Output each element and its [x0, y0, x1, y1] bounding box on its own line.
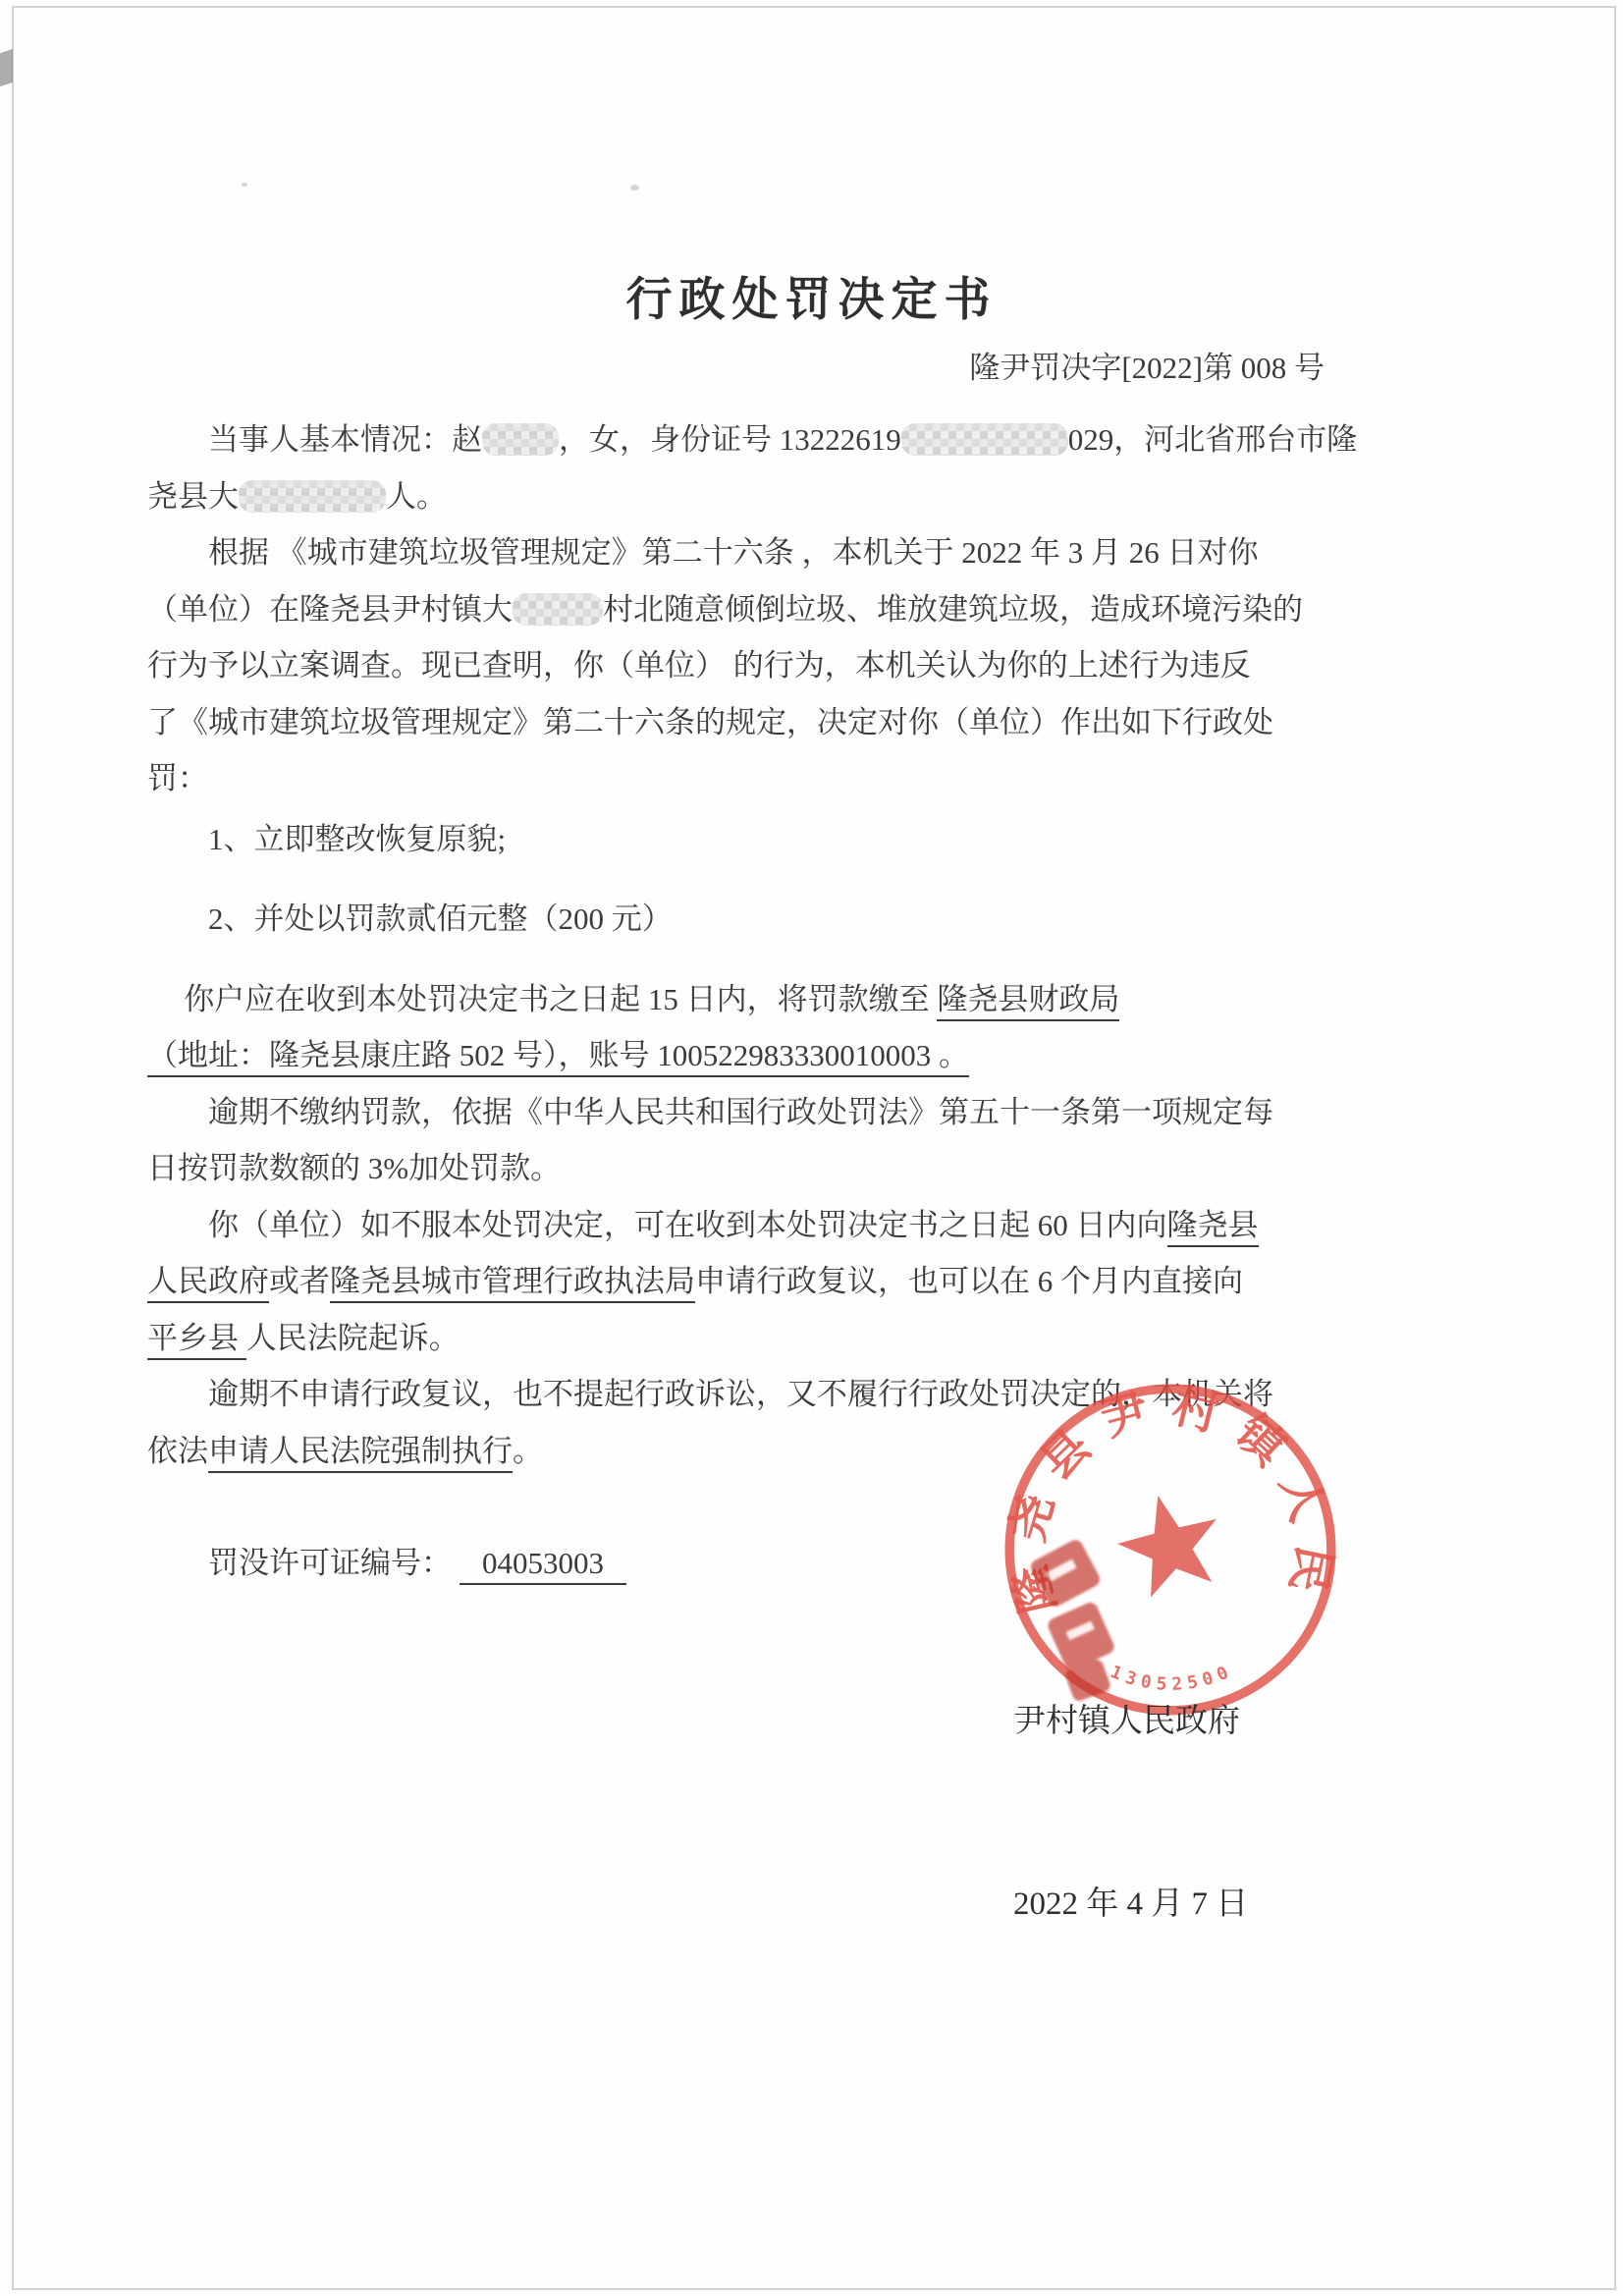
- scanned-document-page: 行政处罚决定书 隆尹罚决字[2022]第 008 号 当事人基本情况：赵，女，身…: [0, 0, 1623, 2296]
- text-run: 或者: [269, 1264, 330, 1298]
- scan-speck: [242, 183, 247, 187]
- facts-line-3: 行为予以立案调查。现已查明，你（单位） 的行为，本机关认为你的上述行为违反: [147, 634, 1497, 691]
- text-run: 罚：: [147, 761, 208, 795]
- redaction-blur: [513, 593, 603, 626]
- text-run: 申请行政复议，也可以在 6 个月内直接向: [695, 1264, 1243, 1298]
- party-line-1: 当事人基本情况：赵，女，身份证号 13222619029，河北省邢台市隆: [147, 409, 1497, 465]
- payment-line-1: 你户应在收到本处罚决定书之日起 15 日内，将罚款缴至 隆尧县财政局: [147, 968, 1497, 1025]
- facts-line-1: 根据 《城市建筑垃圾管理规定》第二十六条 ，本机关于 2022 年 3 月 26…: [147, 521, 1497, 578]
- underlined-text: 申请人民法院强制执行: [208, 1434, 513, 1473]
- text-run: 尧县大: [147, 479, 239, 514]
- text-run: 1、立即整改恢复原貌;: [208, 822, 506, 856]
- scan-speck: [630, 185, 639, 191]
- facts-line-4: 了《城市建筑垃圾管理规定》第二十六条的规定，决定对你（单位）作出如下行政处: [147, 691, 1497, 748]
- text-run: 029，河北省邢台市隆: [1068, 422, 1358, 457]
- document-title: 行政处罚决定书: [0, 263, 1623, 329]
- overdue-line-2: 日按罚款数额的 3%加处罚款。: [147, 1137, 1497, 1194]
- issuer-name: 尹村镇人民政府: [1013, 1691, 1248, 1752]
- text-run: 根据 《城市建筑垃圾管理规定》第二十六条 ，本机关于 2022 年 3 月 26…: [208, 535, 1259, 570]
- redaction-blur: [482, 423, 559, 456]
- underlined-text: 人民政府: [147, 1264, 269, 1303]
- text-run: 了《城市建筑垃圾管理规定》第二十六条的规定，决定对你（单位）作出如下行政处: [147, 705, 1273, 739]
- text-run: 村北随意倾倒垃圾、堆放建筑垃圾，造成环境污染的: [603, 592, 1303, 627]
- signature-block: 尹村镇人民政府 2022 年 4 月 7 日: [1013, 1569, 1248, 2056]
- text-run: 日按罚款数额的 3%加处罚款。: [147, 1151, 561, 1185]
- issue-date: 2022 年 4 月 7 日: [1013, 1874, 1248, 1935]
- facts-line-2: （单位）在隆尧县尹村镇大村北随意倾倒垃圾、堆放建筑垃圾，造成环境污染的: [147, 578, 1497, 635]
- scan-artifact: [0, 49, 13, 86]
- text-run: ，女，身份证号 13222619: [559, 422, 901, 457]
- underlined-text: （地址：隆尧县康庄路 502 号），账号 100522983330010003 …: [147, 1038, 969, 1077]
- text-run: 人民法院起诉。: [246, 1321, 460, 1355]
- penalty-item-2: 2、并处以罚款贰佰元整（200 元）: [147, 888, 1497, 945]
- underlined-text: 隆尧县城市管理行政执法局: [330, 1264, 695, 1303]
- text-run: 人。: [386, 479, 447, 514]
- redaction-blur: [901, 423, 1068, 456]
- facts-line-5: 罚：: [147, 747, 1497, 804]
- document-body: 当事人基本情况：赵，女，身份证号 13222619029，河北省邢台市隆尧县大人…: [0, 409, 1623, 1589]
- appeal-line-2: 人民政府或者隆尧县城市管理行政执法局申请行政复议，也可以在 6 个月内直接向: [147, 1250, 1497, 1307]
- text-run: 逾期不缴纳罚款，依据《中华人民共和国行政处罚法》第五十一条第一项规定每: [208, 1095, 1273, 1129]
- party-line-2: 尧县大人。: [147, 465, 1497, 522]
- text-run: 依法: [147, 1434, 208, 1468]
- text-run: 行为予以立案调查。现已查明，你（单位） 的行为，本机关认为你的上述行为违反: [147, 648, 1251, 683]
- underlined-text: 04053003: [460, 1546, 627, 1585]
- redaction-blur: [239, 480, 386, 513]
- penalty-item-1: 1、立即整改恢复原貌;: [147, 808, 1497, 865]
- appeal-line-1: 你（单位）如不服本处罚决定，可在收到本处罚决定书之日起 60 日内向隆尧县: [147, 1194, 1497, 1251]
- text-run: 你户应在收到本处罚决定书之日起 15 日内，将罚款缴至: [184, 982, 937, 1016]
- text-run: 你（单位）如不服本处罚决定，可在收到本处罚决定书之日起 60 日内向: [208, 1208, 1167, 1242]
- document-number: 隆尹罚决字[2022]第 008 号: [0, 343, 1623, 387]
- underlined-text: 隆尧县财政局: [937, 982, 1119, 1021]
- text-run: （单位）在隆尧县尹村镇大: [147, 592, 513, 627]
- text-run: 罚没许可证编号：: [208, 1546, 460, 1580]
- underlined-text: 平乡县: [147, 1321, 246, 1360]
- text-run: 当事人基本情况：赵: [208, 422, 482, 457]
- text-run: 。: [513, 1434, 543, 1468]
- payment-line-2: （地址：隆尧县康庄路 502 号），账号 100522983330010003 …: [147, 1024, 1497, 1081]
- text-run: 2、并处以罚款贰佰元整（200 元）: [208, 902, 673, 936]
- overdue-line-1: 逾期不缴纳罚款，依据《中华人民共和国行政处罚法》第五十一条第一项规定每: [147, 1081, 1497, 1138]
- underlined-text: 隆尧县: [1167, 1208, 1259, 1247]
